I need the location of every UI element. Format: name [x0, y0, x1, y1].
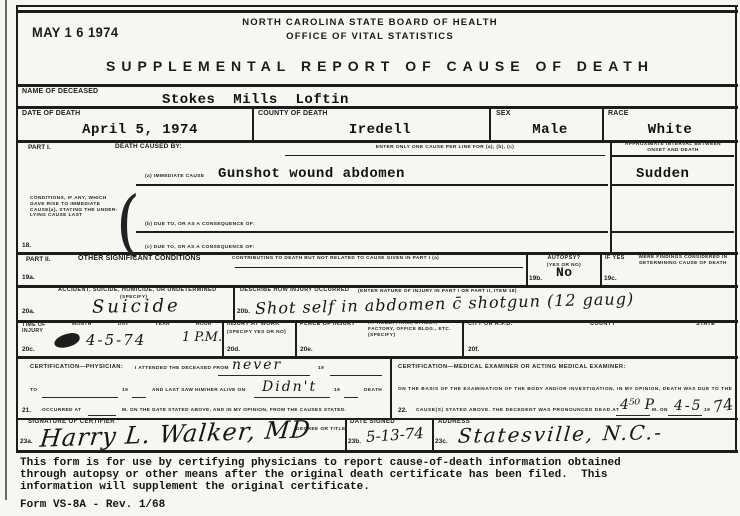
- city-rfd-label: CITY OR R.F.D.: [468, 322, 513, 328]
- rule-h: [16, 10, 738, 13]
- immediate-cause-value: Gunshot wound abdomen: [218, 166, 405, 182]
- rule-h: [16, 84, 738, 87]
- year-col-label: YEAR: [155, 322, 170, 328]
- autopsy-label: AUTOPSY?: [530, 256, 598, 262]
- pronounced-year-value: 74: [712, 394, 735, 416]
- rule-v: [600, 252, 602, 285]
- sex-value: Male: [505, 122, 595, 138]
- footer-note-line2: through autopsy or other means after the…: [20, 469, 608, 481]
- item-19b: 19b.: [529, 275, 542, 282]
- autopsy-value: No: [556, 265, 573, 280]
- date-signed-value: 5-13-74: [365, 424, 424, 446]
- pronounced-dead-text: CAUSE(S) STATED ABOVE. THE DECEDENT WAS …: [416, 408, 619, 414]
- supplemental-death-report-scan: MAY 1 6 1974 NORTH CAROLINA STATE BOARD …: [0, 0, 740, 516]
- part1-conditions-note: CONDITIONS, IF ANY, WHICH GAVE RISE TO I…: [30, 196, 118, 219]
- month-col-label: MONTH: [72, 322, 92, 328]
- hour-of-injury-value: 1 P.M.: [182, 330, 222, 345]
- part1-line-c-label: (c) DUE TO, OR AS A CONSEQUENCE OF:: [145, 245, 255, 251]
- rule-v: [222, 320, 224, 356]
- cert-examiner-heading: CERTIFICATION—MEDICAL EXAMINER OR ACTING…: [398, 365, 626, 371]
- degree-title-label: DEGREE OR TITLE: [296, 427, 345, 433]
- footer-note-line3: information will supplement the original…: [20, 481, 370, 493]
- rule-h: [612, 155, 734, 157]
- date-of-death-value: April 5, 1974: [60, 122, 220, 138]
- item-20c: 20c.: [22, 346, 35, 353]
- findings-text: WERE FINDINGS CONSIDERED IN DETERMINING …: [632, 255, 734, 267]
- blank-line: [88, 415, 116, 416]
- rule-h: [16, 450, 738, 453]
- item-20b: 20b.: [237, 308, 250, 315]
- place-of-injury-fine: AT HOME, FARM, STREET, FACTORY, OFFICE B…: [368, 321, 458, 338]
- attended-from-text: I ATTENDED THE DECEASED FROM: [135, 366, 229, 372]
- blank-line: [616, 415, 650, 416]
- blank-line: [344, 397, 358, 398]
- blank-line: [254, 397, 330, 398]
- rule-v: [526, 252, 528, 285]
- injury-at-work-label: INJURY AT WORK: [227, 322, 280, 328]
- describe-how-label: DESCRIBE HOW INJURY OCCURRED: [240, 288, 349, 294]
- time-of-injury-label: TIME OF INJURY: [22, 323, 56, 335]
- rule-v: [233, 285, 235, 320]
- rule-h: [16, 106, 738, 109]
- ink-scribble: [53, 331, 81, 349]
- blank-line: [668, 415, 702, 416]
- org-name-line1: NORTH CAROLINA STATE BOARD OF HEALTH: [150, 17, 590, 28]
- part1-instruction: ENTER ONLY ONE CAUSE PER LINE FOR (a), (…: [285, 145, 605, 151]
- sex-label: SEX: [496, 110, 511, 118]
- year-19: 19: [122, 388, 128, 394]
- part1-interval-header: APPROXIMATE INTERVAL BETWEEN ONSET AND D…: [616, 142, 730, 154]
- year-19: 19: [334, 388, 340, 394]
- rule-v: [252, 106, 254, 140]
- rule-h: [16, 356, 738, 359]
- part2-label: PART II.: [26, 256, 50, 263]
- rule-h: [136, 184, 608, 186]
- rule-v: [489, 106, 491, 140]
- part2-heading: OTHER SIGNIFICANT CONDITIONS: [78, 255, 201, 263]
- rule-h: [612, 184, 734, 186]
- item-22: 22.: [398, 407, 407, 414]
- item-23b: 23b.: [348, 438, 361, 445]
- form-title: SUPPLEMENTAL REPORT OF CAUSE OF DEATH: [60, 58, 700, 74]
- item-21: 21.: [22, 407, 31, 414]
- blank-line: [132, 397, 146, 398]
- item-20e: 20e.: [300, 346, 313, 353]
- item-19a: 19a.: [22, 274, 35, 281]
- name-of-deceased-value: Stokes Mills Loftin: [162, 92, 349, 108]
- date-of-death-label: DATE OF DEATH: [22, 110, 80, 118]
- pronounced-date-value: 4-5: [674, 398, 703, 414]
- examiner-basis-text: ON THE BASIS OF THE EXAMINATION OF THE B…: [398, 387, 732, 393]
- rule-h: [16, 5, 738, 7]
- pronounced-time-value: 4⁵⁰ P: [620, 397, 654, 413]
- rule-h: [235, 267, 523, 268]
- name-of-deceased-label: NAME OF DECEASED: [22, 88, 98, 96]
- last-saw-text: AND LAST SAW HIM/HER ALIVE ON: [152, 388, 246, 394]
- received-date-stamp: MAY 1 6 1974: [32, 24, 118, 40]
- race-value: White: [615, 122, 725, 138]
- occurred-at-text: OCCURRED AT: [42, 408, 81, 414]
- rule-v: [462, 320, 464, 356]
- item-18: 18.: [22, 242, 31, 249]
- address-value: Statesville, N.C.-: [457, 420, 664, 448]
- injury-at-work-fine: (SPECIFY YES OR NO): [227, 330, 287, 336]
- rule-v: [345, 418, 347, 450]
- county-of-death-label: COUNTY OF DEATH: [258, 110, 328, 118]
- rule-h: [285, 155, 605, 156]
- county-of-death-value: Iredell: [300, 122, 460, 138]
- rule-v: [735, 5, 737, 453]
- rule-h: [136, 231, 608, 233]
- death-word: DEATH: [364, 388, 382, 394]
- year-19: 19: [704, 408, 710, 414]
- scan-edge: [5, 0, 7, 500]
- blank-line: [218, 375, 310, 376]
- part1-label: PART I.: [28, 144, 51, 151]
- manner-value: Suicide: [92, 295, 181, 318]
- item-20f: 20f.: [468, 346, 479, 353]
- county-col-label: COUNTY: [590, 322, 616, 328]
- blank-line: [42, 397, 118, 398]
- to-text: TO: [30, 388, 37, 394]
- last-saw-value: Didn't: [262, 379, 317, 395]
- rule-v: [602, 106, 604, 140]
- footer-note-line1: This form is for use by certifying physi…: [20, 457, 621, 469]
- part1-line-b-label: (b) DUE TO, OR AS A CONSEQUENCE OF:: [145, 222, 255, 228]
- time-of-injury-value: 4-5-74: [86, 331, 146, 349]
- rule-v: [432, 418, 434, 450]
- rule-v: [16, 5, 18, 453]
- rule-h: [612, 231, 734, 233]
- rule-v: [390, 356, 392, 418]
- item-23a: 23a.: [20, 438, 33, 445]
- rule-v: [295, 320, 297, 356]
- part1-line-a-label: (a) IMMEDIATE CAUSE: [145, 174, 204, 180]
- interval-value: Sudden: [636, 166, 689, 182]
- m-on-text: M. ON: [652, 408, 668, 414]
- item-23c: 23c.: [435, 438, 448, 445]
- occurred-rest-text: M. ON THE DATE STATED ABOVE, AND IN MY O…: [122, 408, 346, 414]
- date-signed-label: DATE SIGNED: [350, 420, 395, 426]
- org-name-line2: OFFICE OF VITAL STATISTICS: [150, 31, 590, 42]
- state-col-label: STATE: [696, 322, 715, 328]
- day-col-label: DAY: [118, 322, 129, 328]
- hour-col-label: HOUR: [196, 322, 212, 328]
- item-19c: 19c.: [604, 275, 617, 282]
- place-of-injury-label: PLACE OF INJURY: [300, 322, 355, 328]
- part2-heading-fine: CONTRIBUTING TO DEATH BUT NOT RELATED TO…: [232, 256, 439, 262]
- rule-v: [610, 140, 612, 252]
- blank-line: [330, 375, 382, 376]
- year-19: 19: [318, 366, 324, 372]
- cert-physician-heading: CERTIFICATION—PHYSICIAN:: [30, 365, 123, 371]
- part1-caused-by-label: DEATH CAUSED BY:: [115, 143, 182, 151]
- form-number: Form VS-8A - Rev. 1/68: [20, 499, 165, 511]
- race-label: RACE: [608, 110, 629, 118]
- attended-from-value: never: [232, 357, 282, 373]
- item-20d: 20d.: [227, 346, 240, 353]
- item-20a: 20a.: [22, 308, 35, 315]
- manner-label: ACCIDENT, SUICIDE, HOMICIDE, OR UNDETERM…: [58, 288, 216, 294]
- brace-glyph: (: [116, 181, 140, 265]
- if-yes-label: IF YES: [605, 256, 625, 262]
